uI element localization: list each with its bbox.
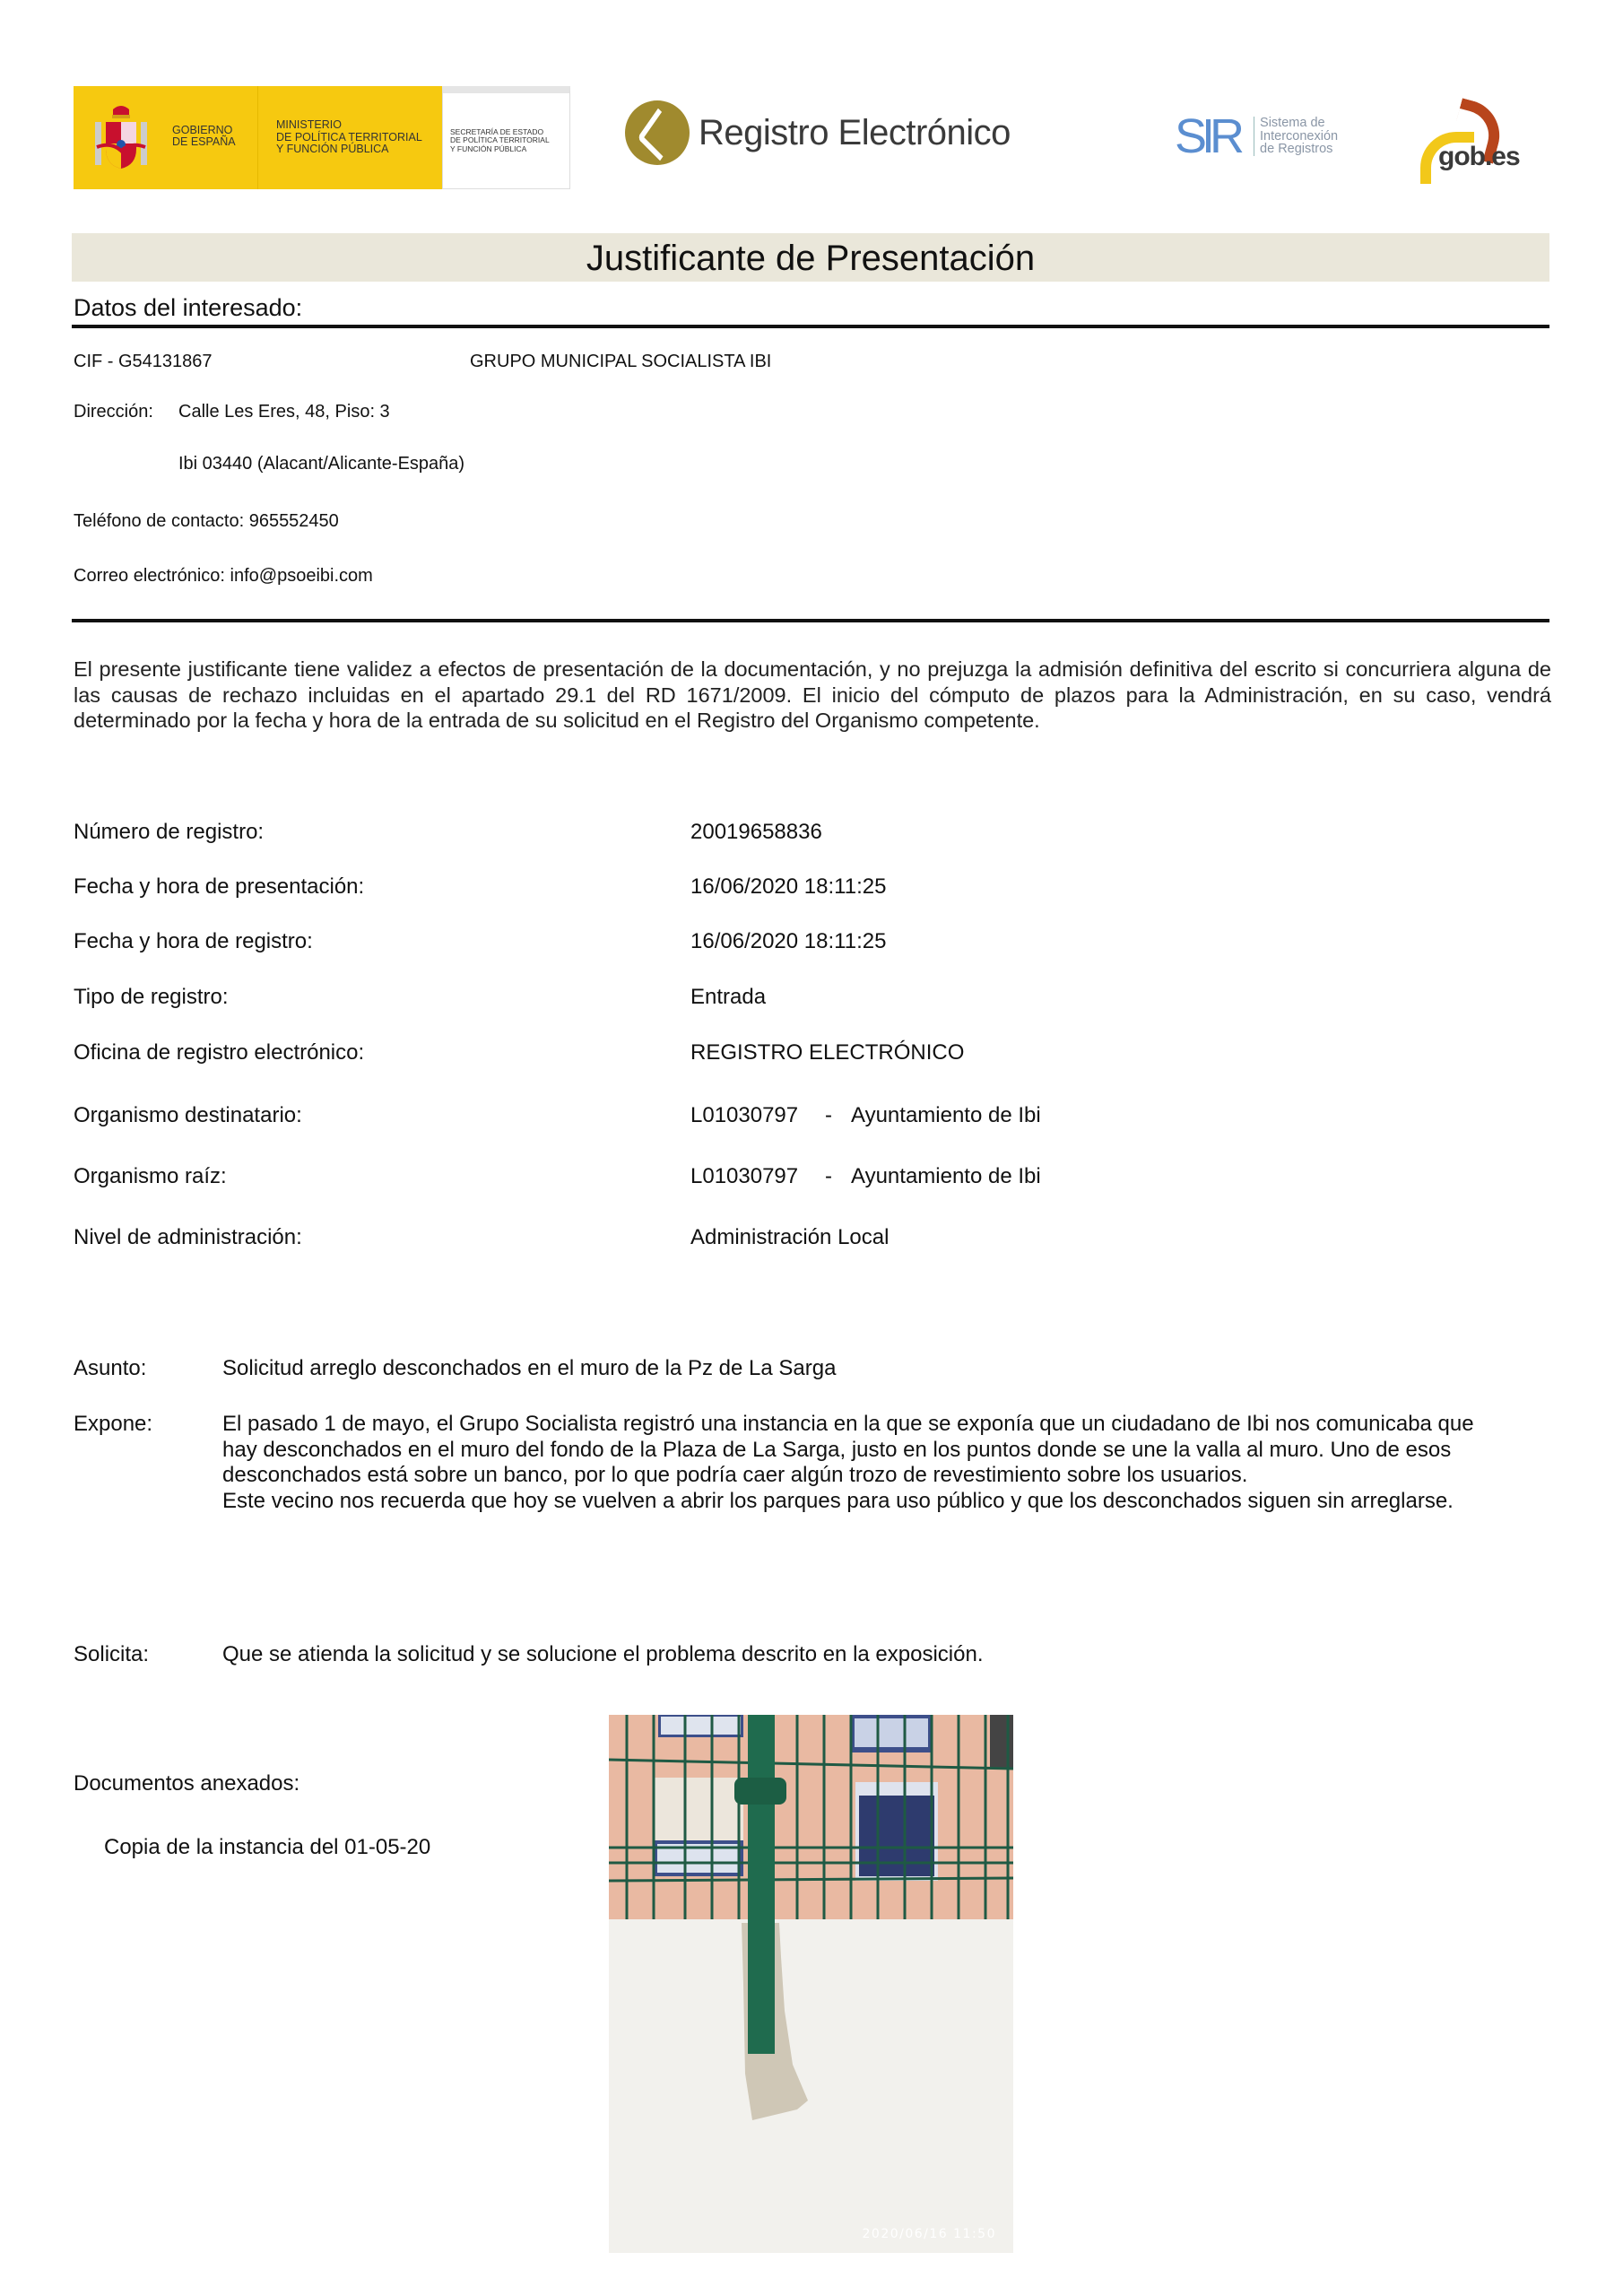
registro-electronico-logo: Registro Electrónico xyxy=(625,97,1046,169)
sir-logo-text: Sistema de Interconexión de Registros xyxy=(1254,117,1338,156)
photo-fence-wall: 2020/06/16 11:50 xyxy=(609,1715,1013,2253)
disclaimer-text: El presente justificante tiene validez a… xyxy=(74,657,1551,734)
solicita-value: Que se atienda la solicitud y se solucio… xyxy=(222,1642,983,1667)
anexo-item[interactable]: Copia de la instancia del 01-05-20 xyxy=(104,1835,430,1860)
registro-label: Fecha y hora de presentación: xyxy=(74,874,364,900)
organismo-sep: - xyxy=(825,1164,832,1189)
sir-mark-icon: SIR xyxy=(1175,112,1239,161)
registro-r-icon xyxy=(625,100,690,165)
registro-label: Número de registro: xyxy=(74,820,264,845)
registro-label: Organismo destinatario: xyxy=(74,1103,302,1128)
organismo-code: L01030797 xyxy=(690,1164,798,1189)
divider xyxy=(72,325,1549,328)
registro-label: Tipo de registro: xyxy=(74,985,229,1010)
registro-label: Nivel de administración: xyxy=(74,1225,302,1250)
direccion-line2: Ibi 03440 (Alacant/Alicante-España) xyxy=(178,454,464,474)
registro-number: 20019658836 xyxy=(690,820,822,845)
anexos-label: Documentos anexados: xyxy=(74,1771,299,1796)
gob-es-logo: gob.es xyxy=(1417,103,1524,175)
asunto-value: Solicitud arreglo desconchados en el mur… xyxy=(222,1356,836,1381)
interesado-heading: Datos del interesado: xyxy=(74,294,302,322)
presentacion-datetime: 16/06/2020 18:11:25 xyxy=(690,874,886,900)
organismo-code: L01030797 xyxy=(690,1103,798,1128)
direccion-line1: Calle Les Eres, 48, Piso: 3 xyxy=(178,402,390,422)
direccion-label: Dirección: xyxy=(74,402,153,422)
divider xyxy=(72,619,1549,622)
organismo-sep: - xyxy=(825,1103,832,1128)
nivel-administracion: Administración Local xyxy=(690,1225,889,1250)
photo-timestamp: 2020/06/16 11:50 xyxy=(863,2227,997,2241)
ministerio-logo-block: MINISTERIO DE POLÍTICA TERRITORIAL Y FUN… xyxy=(257,86,442,189)
registro-label: Oficina de registro electrónico: xyxy=(74,1040,364,1065)
tipo-registro: Entrada xyxy=(690,985,766,1010)
registro-label: Fecha y hora de registro: xyxy=(74,929,313,954)
gobierno-espana-logo: GOBIERNO DE ESPAÑA MINISTERIO DE POLÍTIC… xyxy=(74,86,571,189)
secretaria-logo-block: SECRETARÍA DE ESTADO DE POLÍTICA TERRITO… xyxy=(442,86,570,189)
sir-logo: SIR Sistema de Interconexión de Registro… xyxy=(1175,108,1338,165)
organismo-destinatario: Ayuntamiento de Ibi xyxy=(851,1103,1041,1128)
secretaria-text: SECRETARÍA DE ESTADO DE POLÍTICA TERRITO… xyxy=(450,128,550,154)
ministerio-text: MINISTERIO DE POLÍTICA TERRITORIAL Y FUN… xyxy=(258,119,422,156)
page-title: Justificante de Presentación xyxy=(72,233,1549,283)
asunto-label: Asunto: xyxy=(74,1356,146,1381)
gobierno-logo-block: GOBIERNO DE ESPAÑA xyxy=(74,86,257,189)
expone-text: El pasado 1 de mayo, el Grupo Socialista… xyxy=(222,1412,1474,1514)
gobierno-text: GOBIERNO DE ESPAÑA xyxy=(172,125,236,148)
interesado-name: GRUPO MUNICIPAL SOCIALISTA IBI xyxy=(470,352,771,372)
cif-value: CIF - G54131867 xyxy=(74,352,213,372)
gobes-logo-text: gob.es xyxy=(1438,142,1520,172)
correo: Correo electrónico: info@psoeibi.com xyxy=(74,566,373,587)
registro-label: Organismo raíz: xyxy=(74,1164,227,1189)
oficina-registro: REGISTRO ELECTRÓNICO xyxy=(690,1040,964,1065)
solicita-label: Solicita: xyxy=(74,1642,149,1667)
attached-photo: 2020/06/16 11:50 xyxy=(609,1715,1013,2253)
registro-logo-text: Registro Electrónico xyxy=(699,113,1011,153)
expone-label: Expone: xyxy=(74,1412,152,1437)
telefono: Teléfono de contacto: 965552450 xyxy=(74,511,339,532)
registro-datetime: 16/06/2020 18:11:25 xyxy=(690,929,886,954)
organismo-raiz: Ayuntamiento de Ibi xyxy=(851,1164,1041,1189)
spain-coat-of-arms-icon xyxy=(93,102,149,174)
